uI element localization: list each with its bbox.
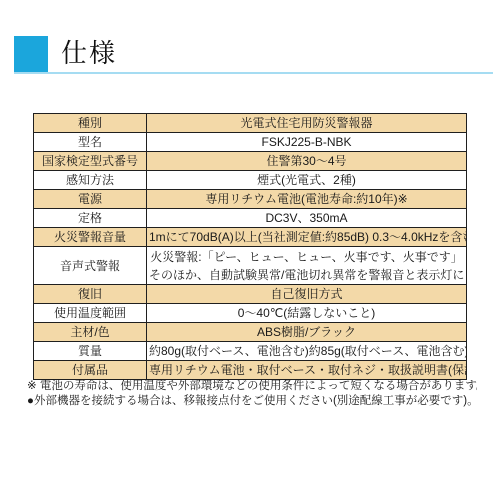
row-label: 火災警報音量 [34, 228, 147, 247]
row-label: 感知方法 [34, 171, 147, 190]
row-value: FSKJ225-B-NBK [147, 133, 467, 152]
table-row: 付属品 専用リチウム電池・取付ベース・取付ネジ・取扱説明書(保証書付) [34, 361, 467, 380]
row-value: 火災警報:「ピー、ヒュー、ヒュー、火事です、火事です」 そのほか、自動試験異常/… [147, 247, 467, 285]
spec-page: 仕様 種別 光電式住宅用防災警報器 型名 FSKJ225-B-NBK 国家検定型… [0, 0, 500, 500]
row-label: 主材/色 [34, 323, 147, 342]
table-row: 感知方法 煙式(光電式、2種) [34, 171, 467, 190]
row-value: 約80g(取付ベース、電池含む)約85g(取付ベース、電池含む) [147, 342, 467, 361]
row-label: 使用温度範囲 [34, 304, 147, 323]
row-label: 種別 [34, 114, 147, 133]
table-row: 種別 光電式住宅用防災警報器 [34, 114, 467, 133]
row-value-line1: 火災警報:「ピー、ヒュー、ヒュー、火事です、火事です」 [149, 248, 464, 266]
row-value: 煙式(光電式、2種) [147, 171, 467, 190]
row-label: 音声式警報 [34, 247, 147, 285]
table-row: 音声式警報 火災警報:「ピー、ヒュー、ヒュー、火事です、火事です」 そのほか、自… [34, 247, 467, 285]
footnote-external-device: ●外部機器を接続する場合は、移報接点付をご使用ください(別途配線工事が必要です)… [27, 394, 477, 409]
spec-table: 種別 光電式住宅用防災警報器 型名 FSKJ225-B-NBK 国家検定型式番号… [33, 113, 467, 380]
row-value: 住警第30〜4号 [147, 152, 467, 171]
row-label: 定格 [34, 209, 147, 228]
table-row: 復旧 自己復旧方式 [34, 285, 467, 304]
row-value: 専用リチウム電池(電池寿命:約10年)※ [147, 190, 467, 209]
row-value: ABS樹脂/ブラック [147, 323, 467, 342]
footnotes: ※ 電池の寿命は、使用温度や外部環境などの使用条件によって短くなる場合があります… [27, 379, 477, 409]
table-row: 型名 FSKJ225-B-NBK [34, 133, 467, 152]
row-label: 付属品 [34, 361, 147, 380]
row-label: 電源 [34, 190, 147, 209]
table-row: 定格 DC3V、350mA [34, 209, 467, 228]
row-value-line2: そのほか、自動試験異常/電池切れ異常を警報音と表示灯により報知 [149, 266, 464, 284]
footnote-battery-life: ※ 電池の寿命は、使用温度や外部環境などの使用条件によって短くなる場合があります… [27, 379, 477, 394]
table-row: 火災警報音量 1mにて70dB(A)以上(当社測定値:約85dB) 0.3〜4.… [34, 228, 467, 247]
table-row: 国家検定型式番号 住警第30〜4号 [34, 152, 467, 171]
row-label: 国家検定型式番号 [34, 152, 147, 171]
row-value: 光電式住宅用防災警報器 [147, 114, 467, 133]
table-row: 使用温度範囲 0〜40℃(結露しないこと) [34, 304, 467, 323]
row-value: 0〜40℃(結露しないこと) [147, 304, 467, 323]
page-title: 仕様 [61, 36, 117, 72]
accent-square-icon [14, 36, 48, 72]
row-label: 復旧 [34, 285, 147, 304]
row-label: 質量 [34, 342, 147, 361]
row-value: 1mにて70dB(A)以上(当社測定値:約85dB) 0.3〜4.0kHzを含む [147, 228, 467, 247]
table-row: 質量 約80g(取付ベース、電池含む)約85g(取付ベース、電池含む) [34, 342, 467, 361]
table-row: 電源 専用リチウム電池(電池寿命:約10年)※ [34, 190, 467, 209]
row-label: 型名 [34, 133, 147, 152]
table-row: 主材/色 ABS樹脂/ブラック [34, 323, 467, 342]
section-header: 仕様 [14, 36, 493, 74]
row-value: 自己復旧方式 [147, 285, 467, 304]
row-value: DC3V、350mA [147, 209, 467, 228]
row-value: 専用リチウム電池・取付ベース・取付ネジ・取扱説明書(保証書付) [147, 361, 467, 380]
